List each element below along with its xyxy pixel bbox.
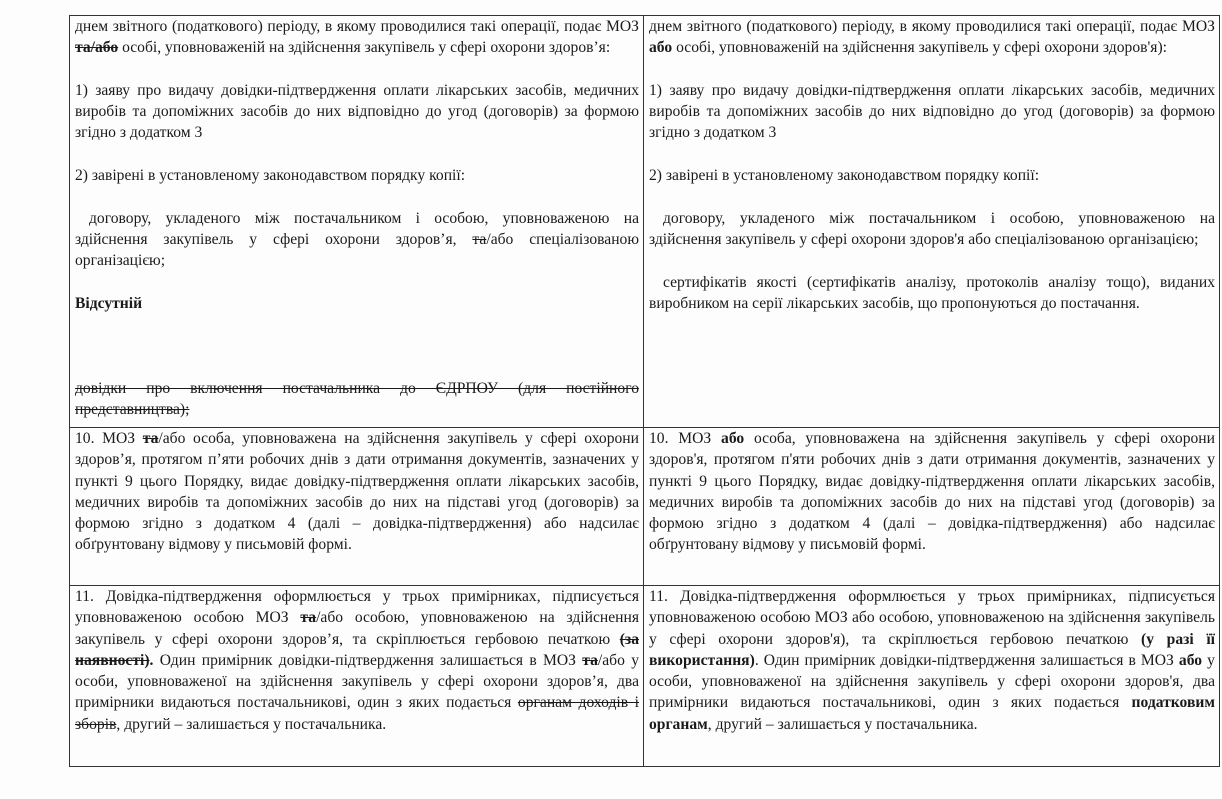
- paragraph: Відсутній: [75, 293, 639, 314]
- text-segment: 2) завірені в установленому законодавств…: [649, 167, 1039, 184]
- paragraph: 1) заяву про видачу довідки-підтвердженн…: [649, 80, 1215, 144]
- paragraph-spacer: [75, 357, 639, 378]
- paragraph: 2) завірені в установленому законодавств…: [649, 165, 1215, 186]
- paragraph: 2) завірені в установленому законодавств…: [75, 165, 639, 186]
- paragraph-spacer: [75, 144, 639, 165]
- deleted-text: та: [143, 430, 159, 447]
- comparison-table: днем звітного (податкового) періоду, в я…: [69, 15, 1220, 767]
- added-text: або: [721, 430, 744, 447]
- text-segment: Один примірник довідки-підтвердження зал…: [153, 652, 582, 669]
- text-segment: днем звітного (податкового) періоду, в я…: [649, 18, 1215, 35]
- cell-current-version: днем звітного (податкового) періоду, в я…: [70, 16, 644, 428]
- text-segment: особа, уповноважена на здійснення закупі…: [649, 430, 1215, 553]
- deleted-text: та/або: [75, 39, 118, 56]
- text-segment: , другий – залишається у постачальника.: [116, 716, 386, 733]
- paragraph: договору, укладеного між постачальником …: [75, 208, 639, 272]
- cell-proposed-version: днем звітного (податкового) періоду, в я…: [644, 16, 1220, 428]
- text-segment: 10. МОЗ: [649, 430, 721, 447]
- text-segment: 11. Довідка-підтвердження оформлюється у…: [649, 588, 1215, 648]
- cell-current-version: 11. Довідка-підтвердження оформлюється у…: [70, 586, 644, 767]
- cell-proposed-version: 11. Довідка-підтвердження оформлюється у…: [644, 586, 1220, 767]
- paragraph-spacer: [649, 250, 1215, 271]
- text-segment: 1) заяву про видачу довідки-підтвердженн…: [649, 82, 1215, 142]
- text-segment: /або особа, уповноважена на здійснення з…: [75, 430, 639, 553]
- text-segment: 2) завірені в установленому законодавств…: [75, 167, 465, 184]
- deleted-text: та: [582, 652, 598, 669]
- document-page: днем звітного (податкового) періоду, в я…: [0, 0, 1222, 799]
- table-row: днем звітного (податкового) періоду, в я…: [70, 16, 1220, 428]
- table-row: 11. Довідка-підтвердження оформлюється у…: [70, 586, 1220, 767]
- text-segment: . Один примірник довідки-підтвердження з…: [755, 652, 1179, 669]
- cell-current-version: 10. МОЗ та/або особа, уповноважена на зд…: [70, 428, 644, 586]
- paragraph: 11. Довідка-підтвердження оформлюється у…: [75, 586, 639, 735]
- added-text: Відсутній: [75, 295, 142, 312]
- deleted-text: та: [300, 609, 316, 626]
- paragraph-spacer: [75, 59, 639, 80]
- paragraph-spacer: [649, 144, 1215, 165]
- paragraph: днем звітного (податкового) періоду, в я…: [75, 16, 639, 59]
- paragraph: договору, укладеного між постачальником …: [649, 208, 1215, 251]
- paragraph: днем звітного (податкового) періоду, в я…: [649, 16, 1215, 59]
- paragraph-spacer: [75, 186, 639, 207]
- paragraph-spacer: [649, 59, 1215, 80]
- paragraph: довідки про включення постачальника до Є…: [75, 378, 639, 421]
- text-segment: , другий – залишається у постачальника.: [708, 716, 978, 733]
- paragraph: 11. Довідка-підтвердження оформлюється у…: [649, 586, 1215, 735]
- paragraph: 10. МОЗ та/або особа, уповноважена на зд…: [75, 428, 639, 556]
- text-segment: 10. МОЗ: [75, 430, 143, 447]
- paragraph-spacer: [75, 314, 639, 357]
- table-row: 10. МОЗ та/або особа, уповноважена на зд…: [70, 428, 1220, 586]
- cell-proposed-version: 10. МОЗ або особа, уповноважена на здійс…: [644, 428, 1220, 586]
- paragraph-spacer: [75, 272, 639, 293]
- text-segment: особі, уповноваженій на здійснення закуп…: [672, 39, 1167, 56]
- text-segment: 1) заяву про видачу довідки-підтвердженн…: [75, 82, 639, 142]
- paragraph: сертифікатів якості (сертифікатів аналіз…: [649, 272, 1215, 315]
- paragraph: 1) заяву про видачу довідки-підтвердженн…: [75, 80, 639, 144]
- deleted-text: довідки про включення постачальника до Є…: [75, 380, 639, 418]
- added-text: або: [1179, 652, 1202, 669]
- deleted-text: та: [472, 231, 486, 248]
- added-text: або: [649, 39, 672, 56]
- paragraph-spacer: [649, 186, 1215, 207]
- text-segment: днем звітного (податкового) періоду, в я…: [75, 18, 639, 35]
- text-segment: сертифікатів якості (сертифікатів аналіз…: [649, 274, 1215, 312]
- text-segment: особі, уповноваженій на здійснення закуп…: [118, 39, 610, 56]
- text-segment: договору, укладеного між постачальником …: [649, 210, 1215, 248]
- paragraph: 10. МОЗ або особа, уповноважена на здійс…: [649, 428, 1215, 556]
